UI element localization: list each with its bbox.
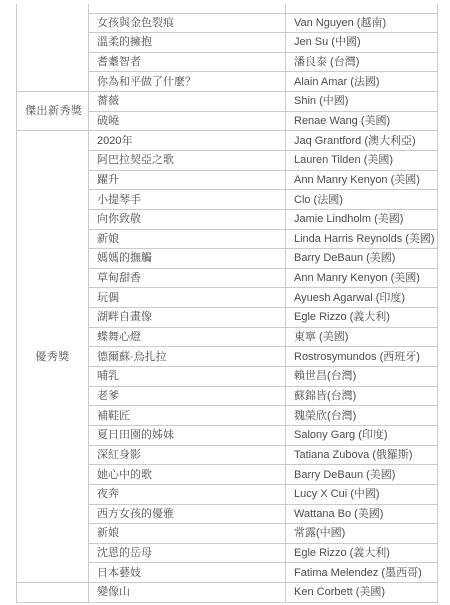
artist-cell: Jen Su (中國) xyxy=(286,33,438,53)
artwork-title-cell: 哺乳 xyxy=(89,367,286,387)
artwork-title-cell: 向你致敬 xyxy=(89,209,286,229)
artist-cell: Rostrosymundos (西班牙) xyxy=(286,347,438,367)
artist-cell: Clo (法國) xyxy=(286,190,438,210)
table-row: 傑出新秀獎薔薇Shin (中國) xyxy=(17,92,438,112)
awards-table: 女孩與金色裂痕Van Nguyen (越南)溫柔的擁抱Jen Su (中國)耆耋… xyxy=(16,0,438,603)
artwork-title-cell: 老爹 xyxy=(89,386,286,406)
artwork-title-cell: 耆耋智者 xyxy=(89,52,286,72)
artist-cell: 魏榮欣(台灣) xyxy=(286,406,438,426)
award-category-cell: 優秀獎 xyxy=(17,131,89,583)
artist-cell: Renae Wang (美國) xyxy=(286,111,438,131)
artist-cell: 東寧 (美國) xyxy=(286,327,438,347)
artwork-title-cell: 躍升 xyxy=(89,170,286,190)
award-category-cell xyxy=(17,583,89,603)
artwork-title-cell: 2020年 xyxy=(89,131,286,151)
artwork-title-cell: 她心中的歌 xyxy=(89,465,286,485)
artwork-title-cell: 媽媽的撫觸 xyxy=(89,249,286,269)
artwork-title-cell: 草甸甜香 xyxy=(89,268,286,288)
artwork-title-cell: 小提琴手 xyxy=(89,190,286,210)
artwork-title-cell: 夏日田園的姊妹 xyxy=(89,425,286,445)
artwork-title-cell: 變像山 xyxy=(89,583,286,603)
artist-cell: Van Nguyen (越南) xyxy=(286,13,438,33)
artist-cell: Lucy X Cui (中國) xyxy=(286,484,438,504)
artwork-title-cell: 湖畔自畫像 xyxy=(89,308,286,328)
artwork-title-cell: 蝶舞心燈 xyxy=(89,327,286,347)
artist-cell: Ayuesh Agarwal (印度) xyxy=(286,288,438,308)
artwork-title-cell: 破曉 xyxy=(89,111,286,131)
artwork-title-cell: 沈恩的岳母 xyxy=(89,543,286,563)
artist-cell: Barry DeBaun (美國) xyxy=(286,249,438,269)
artist-cell: 潘良泰 (台灣) xyxy=(286,52,438,72)
artist-cell: Salony Garg (印度) xyxy=(286,425,438,445)
artist-cell: Alain Amar (法國) xyxy=(286,72,438,92)
artwork-title-cell: 你為和平做了什麼？ xyxy=(89,72,286,92)
top-cut-mask xyxy=(0,0,450,4)
artwork-title-cell: 深紅身影 xyxy=(89,445,286,465)
artist-cell: Ken Corbett (美國) xyxy=(286,583,438,603)
artwork-title-cell: 夜奔 xyxy=(89,484,286,504)
artwork-title-cell: 玩偶 xyxy=(89,288,286,308)
artist-cell: 賴世昌(台灣) xyxy=(286,367,438,387)
artist-cell: Jaq Grantford (澳大利亞) xyxy=(286,131,438,151)
artist-cell: Barry DeBaun (美國) xyxy=(286,465,438,485)
artist-cell: Tatiana Zubova (俄羅斯) xyxy=(286,445,438,465)
artwork-title-cell: 女孩與金色裂痕 xyxy=(89,13,286,33)
artist-cell: 常露(中國) xyxy=(286,524,438,544)
table-row: 優秀獎2020年Jaq Grantford (澳大利亞) xyxy=(17,131,438,151)
award-category-cell xyxy=(17,0,89,92)
artist-cell: 蘇錦皆(台灣) xyxy=(286,386,438,406)
artwork-title-cell: 新娘 xyxy=(89,229,286,249)
artwork-title-cell: 溫柔的擁抱 xyxy=(89,33,286,53)
table-row: 變像山Ken Corbett (美國) xyxy=(17,583,438,603)
artist-cell: Egle Rizzo (義大利) xyxy=(286,308,438,328)
artist-cell: Fatima Melendez (墨西哥) xyxy=(286,563,438,583)
artist-cell: Shin (中國) xyxy=(286,92,438,112)
artwork-title-cell: 日本藝妓 xyxy=(89,563,286,583)
artist-cell: Ann Manry Kenyon (美國) xyxy=(286,170,438,190)
artist-cell: Linda Harris Reynolds (美國) xyxy=(286,229,438,249)
artist-cell: Ann Manry Kenyon (美國) xyxy=(286,268,438,288)
artist-cell: Lauren Tilden (美國) xyxy=(286,150,438,170)
awards-page: 女孩與金色裂痕Van Nguyen (越南)溫柔的擁抱Jen Su (中國)耆耋… xyxy=(0,0,450,605)
artwork-title-cell: 薔薇 xyxy=(89,92,286,112)
award-category-cell: 傑出新秀獎 xyxy=(17,92,89,131)
artwork-title-cell: 阿巴拉契亞之歌 xyxy=(89,150,286,170)
artwork-title-cell: 補鞋匠 xyxy=(89,406,286,426)
artist-cell: Wattana Bo (美國) xyxy=(286,504,438,524)
artwork-title-cell: 新娘 xyxy=(89,524,286,544)
artwork-title-cell: 德爾蘇·烏扎拉 xyxy=(89,347,286,367)
artist-cell: Jamie Lindholm (美國) xyxy=(286,209,438,229)
artwork-title-cell: 西方女孩的優雅 xyxy=(89,504,286,524)
artist-cell: Egle Rizzo (義大利) xyxy=(286,543,438,563)
